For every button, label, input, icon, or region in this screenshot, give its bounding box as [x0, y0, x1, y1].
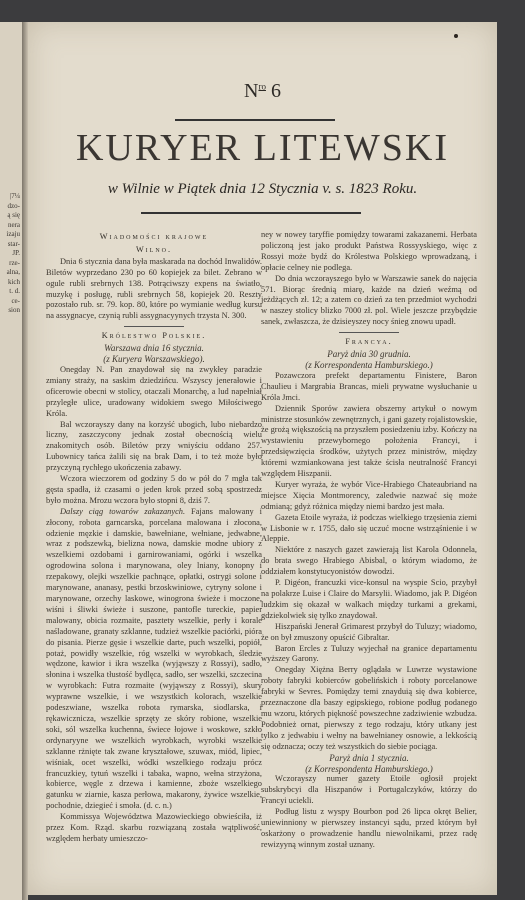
article-lead: Dalszy ciąg towarów zakazanych.: [60, 507, 185, 516]
source-line: (z Korrespondenta Hamburskiego.): [261, 360, 477, 371]
article-paragraph: Kommissya Województwa Mazowieckiego obwi…: [46, 812, 262, 845]
article-paragraph: Niektóre z naszych gazet zawierają list …: [261, 545, 477, 578]
section-heading: Wiadomości krajowe: [46, 232, 262, 243]
article-text: Fajans malowany i złocony, robota garnca…: [46, 507, 262, 810]
article-paragraph: P. Digéon, francuzki vice-konsul na wysp…: [261, 578, 477, 622]
dateline: w Wilnie w Piątek dnia 12 Stycznia v. s.…: [28, 181, 497, 198]
fragment-line: star-: [6, 240, 20, 250]
article-paragraph: Dziennik Sporów zawiera obszerny artykuł…: [261, 404, 477, 480]
issue-number: Nro 6: [28, 80, 497, 103]
section-heading: Królestwo Polskie.: [46, 331, 262, 342]
article-paragraph: Onegday N. Pan znaydował się na zwykłey …: [46, 365, 262, 420]
dateline-sub: Paryż dnia 1 stycznia.: [261, 753, 477, 764]
issue-value: 6: [271, 80, 281, 102]
divider: [339, 332, 399, 333]
dateline-sub: Warszawa dnia 16 stycznia.: [46, 343, 262, 354]
dateline-sub: Paryż dnia 30 grudnia.: [261, 349, 477, 360]
source-line: (z Korrespondenta Hamburskiego.): [261, 764, 477, 775]
fragment-line: ce-: [6, 297, 20, 307]
article-paragraph: Wczorayszy numer gazety Etoile ogłosił p…: [261, 774, 477, 807]
article-paragraph: Bal wczorayszy dany na korzyść ubogich, …: [46, 420, 262, 475]
fragment-line: ą się: [6, 211, 20, 221]
section-heading: Wilno.: [46, 245, 262, 256]
section-heading: Francya.: [261, 337, 477, 348]
fragment-line: nera: [6, 221, 20, 231]
right-column: ney w nowey taryffie pomiędzy towarami z…: [261, 230, 477, 851]
source-line: (z Kuryera Warszawskiego).: [46, 354, 262, 365]
fragment-line: JP.: [6, 249, 20, 259]
article-paragraph: Onegday Xiężna Berry oglądała w Luwrze w…: [261, 665, 477, 752]
masthead-title: KURYER LITEWSKI: [28, 126, 497, 170]
adjacent-page-strip: |7¼dzo-ą sięneraizajustar-JP.rze-alna,ki…: [0, 22, 23, 900]
divider: [141, 212, 361, 214]
fragment-line: rze-: [6, 259, 20, 269]
article-paragraph: Gazeta Etoile wyraża, iż podczas wielkie…: [261, 513, 477, 546]
article-paragraph: ney w nowey taryffie pomiędzy towarami z…: [261, 230, 477, 274]
issue-sup: ro: [258, 81, 266, 91]
fragment-line: t. d.: [6, 287, 20, 297]
issue-label: N: [244, 80, 258, 102]
divider: [124, 326, 184, 327]
article-paragraph: Pozawczora prefekt departamentu Finister…: [261, 371, 477, 404]
fragment-line: alna,: [6, 268, 20, 278]
article-paragraph: Dalszy ciąg towarów zakazanych. Fajans m…: [46, 507, 262, 812]
article-paragraph: Dnia 6 stycznia dana była maskarada na d…: [46, 257, 262, 322]
article-paragraph: Do dnia wczorayszego było w Warszawie sa…: [261, 274, 477, 329]
ink-spot: [454, 34, 458, 38]
fragment-line: izaju: [6, 230, 20, 240]
fragment-line: kich: [6, 278, 20, 288]
article-paragraph: Podług listu z wyspy Bourbon pod 26 lipc…: [261, 807, 477, 851]
divider: [175, 119, 335, 121]
article-paragraph: Wczora wieczorem od godziny 5 do w pół d…: [46, 474, 262, 507]
newspaper-page: Nro 6 KURYER LITEWSKI w Wilnie w Piątek …: [28, 22, 497, 895]
fragment-line: |7¼: [6, 192, 20, 202]
article-paragraph: Kuryer wyraża, że wybór Vice-Hrabiego Ch…: [261, 480, 477, 513]
adjacent-page-text: |7¼dzo-ą sięneraizajustar-JP.rze-alna,ki…: [6, 192, 20, 316]
left-column: Wiadomości krajowe Wilno. Dnia 6 styczni…: [46, 230, 262, 845]
article-paragraph: Baron Ercles z Tuluzy wyjechał na granic…: [261, 644, 477, 666]
article-paragraph: Hiszpański Jenerał Grimarest przybył do …: [261, 622, 477, 644]
fragment-line: sion: [6, 306, 20, 316]
fragment-line: dzo-: [6, 202, 20, 212]
